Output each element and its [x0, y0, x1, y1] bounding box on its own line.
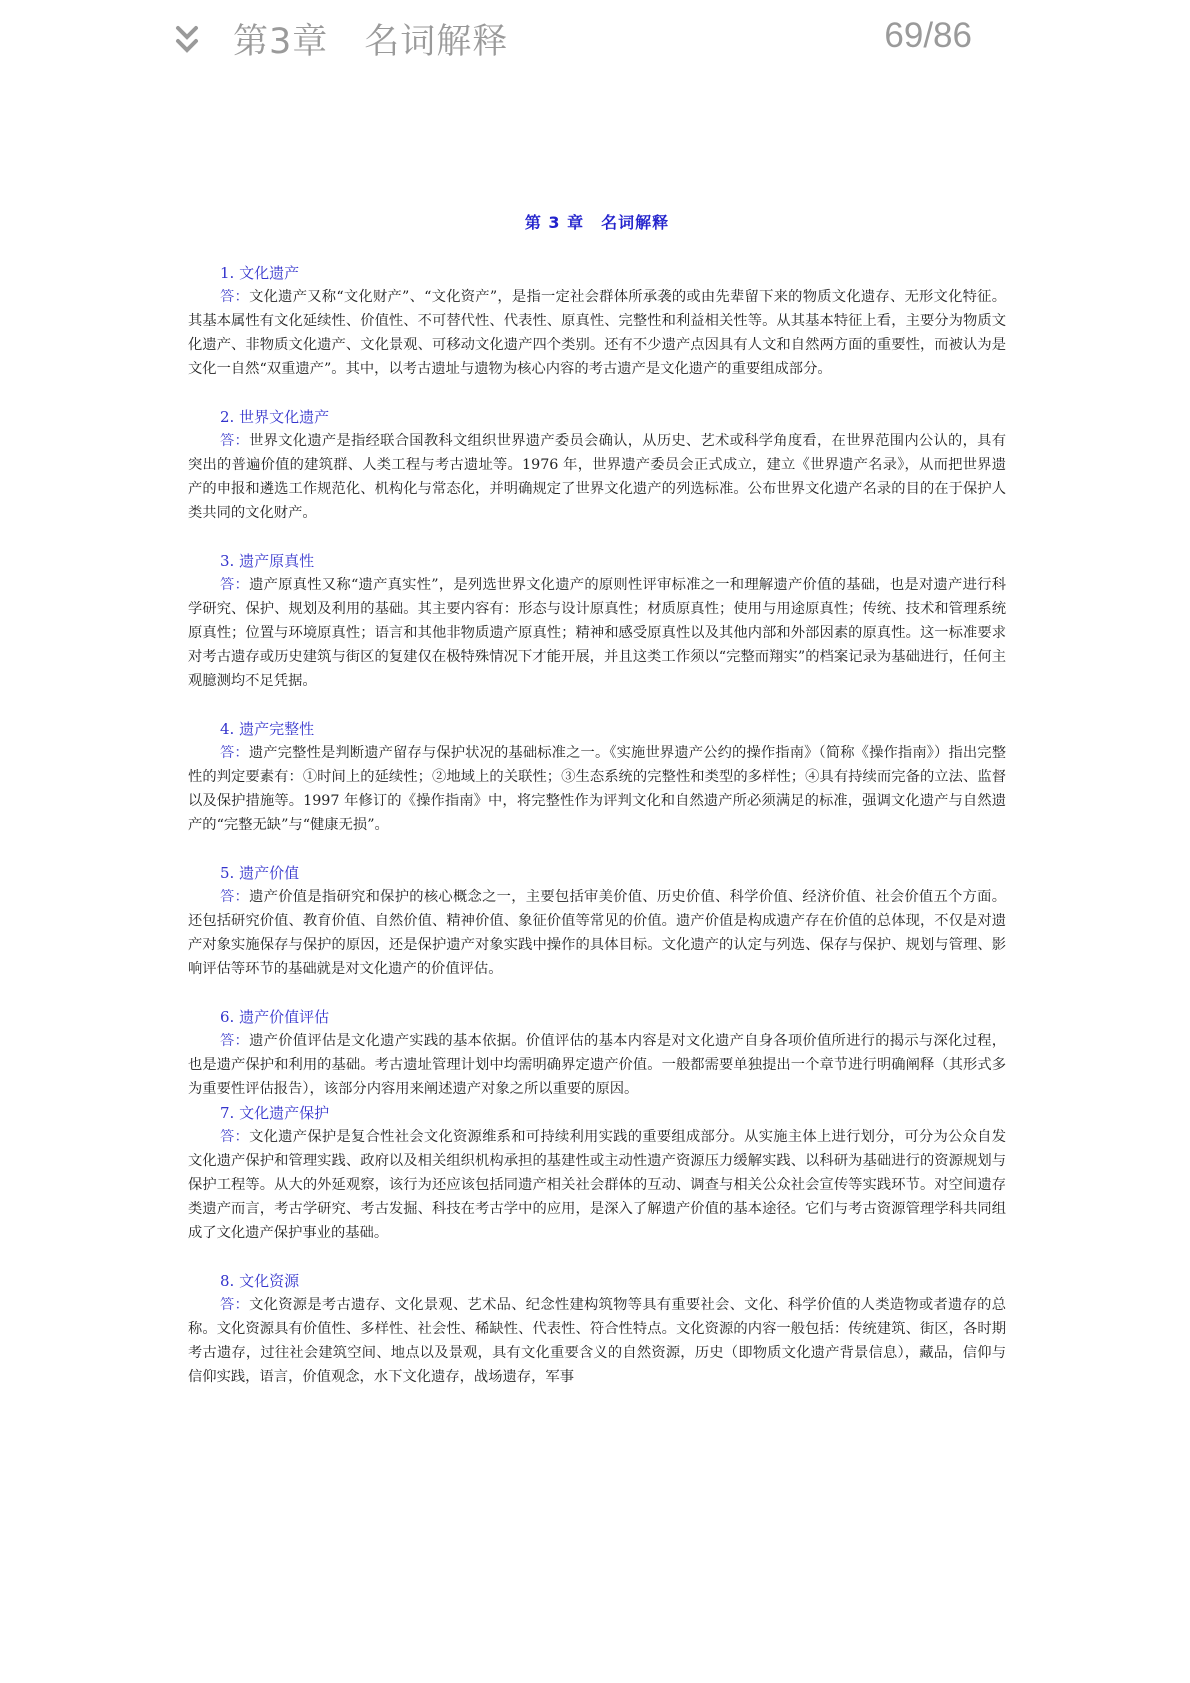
term-definition: 答：文化遗产保护是复合性社会文化资源维系和可持续利用实践的重要组成部分。从实施主…	[188, 1125, 1006, 1245]
answer-label: 答：	[220, 889, 249, 905]
term-definition: 答：遗产原真性又称“遗产真实性”，是列选世界文化遗产的原则性评审标准之一和理解遗…	[188, 573, 1006, 693]
answer-label: 答：	[220, 577, 249, 593]
term-definition: 答：遗产完整性是判断遗产留存与保护状况的基础标准之一。《实施世界遗产公约的操作指…	[188, 741, 1006, 837]
term-definition: 答：遗产价值是指研究和保护的核心概念之一，主要包括审美价值、历史价值、科学价值、…	[188, 885, 1006, 981]
term-entry: 6. 遗产价值评估 答：遗产价值评估是文化遗产实践的基本依据。价值评估的基本内容…	[188, 1005, 1006, 1101]
term-entry: 2. 世界文化遗产 答：世界文化遗产是指经联合国教科文组织世界遗产委员会确认，从…	[188, 405, 1006, 525]
term-heading: 1. 文化遗产	[188, 261, 1006, 285]
answer-label: 答：	[220, 745, 249, 761]
term-entry: 8. 文化资源 答：文化资源是考古遗存、文化景观、艺术品、纪念性建构筑物等具有重…	[188, 1269, 1006, 1389]
chapter-title: 第 3 章 名词解释	[188, 210, 1006, 233]
answer-label: 答：	[220, 1033, 249, 1049]
term-heading: 4. 遗产完整性	[188, 717, 1006, 741]
term-entry: 4. 遗产完整性 答：遗产完整性是判断遗产留存与保护状况的基础标准之一。《实施世…	[188, 717, 1006, 837]
term-heading: 2. 世界文化遗产	[188, 405, 1006, 429]
term-definition: 答：遗产价值评估是文化遗产实践的基本依据。价值评估的基本内容是对文化遗产自身各项…	[188, 1029, 1006, 1101]
term-entry: 1. 文化遗产 答：文化遗产又称“文化财产”、“文化资产”，是指一定社会群体所承…	[188, 261, 1006, 381]
answer-label: 答：	[220, 1129, 249, 1145]
answer-label: 答：	[220, 433, 249, 449]
term-entry: 5. 遗产价值 答：遗产价值是指研究和保护的核心概念之一，主要包括审美价值、历史…	[188, 861, 1006, 981]
answer-label: 答：	[220, 1297, 249, 1313]
term-definition: 答：世界文化遗产是指经联合国教科文组织世界遗产委员会确认，从历史、艺术或科学角度…	[188, 429, 1006, 525]
document-page: 第 3 章 名词解释 1. 文化遗产 答：文化遗产又称“文化财产”、“文化资产”…	[188, 210, 1006, 1413]
term-definition: 答：文化资源是考古遗存、文化景观、艺术品、纪念性建构筑物等具有重要社会、文化、科…	[188, 1293, 1006, 1389]
reader-header: 第3章 名词解释 69/86	[0, 0, 1190, 80]
term-heading: 5. 遗产价值	[188, 861, 1006, 885]
term-heading: 3. 遗产原真性	[188, 549, 1006, 573]
chapter-header-title: 第3章 名词解释	[233, 14, 508, 64]
term-heading: 7. 文化遗产保护	[188, 1101, 1006, 1125]
answer-label: 答：	[220, 289, 249, 305]
double-chevron-down-icon[interactable]	[170, 22, 210, 58]
term-heading: 6. 遗产价值评估	[188, 1005, 1006, 1029]
term-definition: 答：文化遗产又称“文化财产”、“文化资产”，是指一定社会群体所承袭的或由先辈留下…	[188, 285, 1006, 381]
term-heading: 8. 文化资源	[188, 1269, 1006, 1293]
term-entry: 3. 遗产原真性 答：遗产原真性又称“遗产真实性”，是列选世界文化遗产的原则性评…	[188, 549, 1006, 693]
term-entry: 7. 文化遗产保护 答：文化遗产保护是复合性社会文化资源维系和可持续利用实践的重…	[188, 1101, 1006, 1245]
page-indicator: 69/86	[884, 16, 972, 56]
